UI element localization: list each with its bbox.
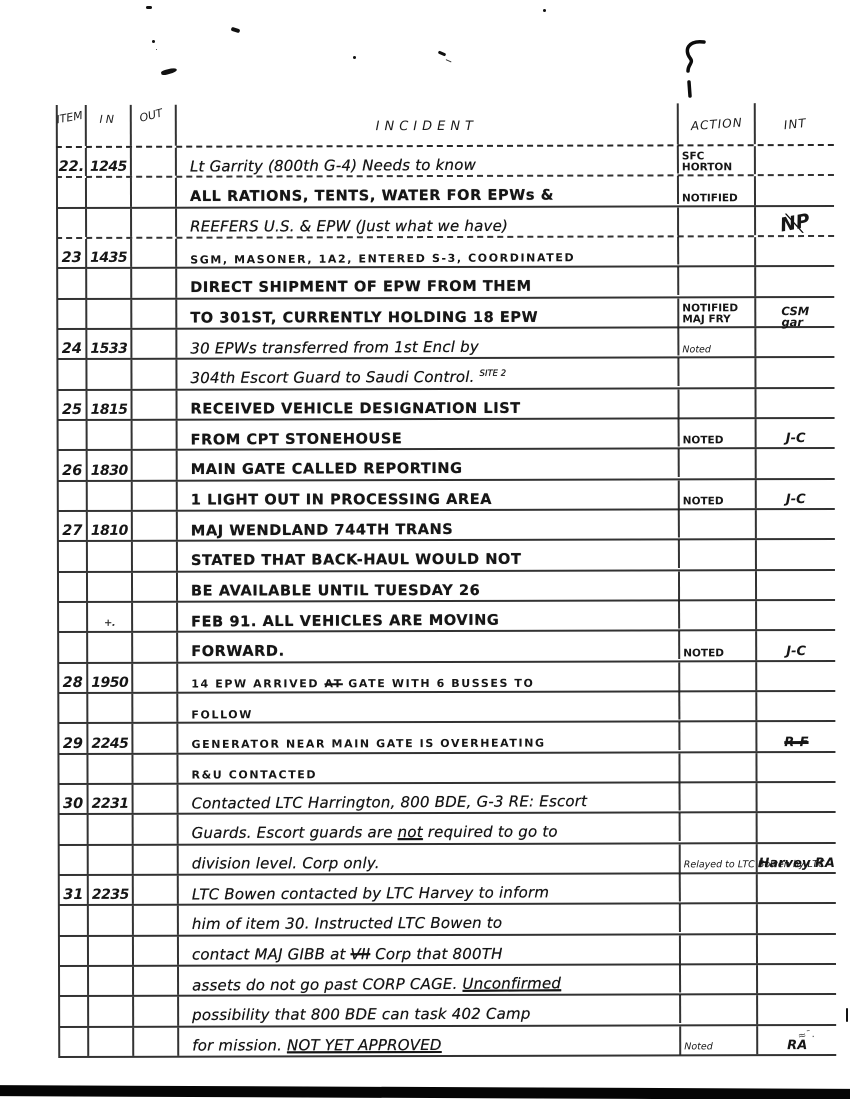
time-in: 2235 [89,876,134,904]
scanned-log-page: ≈ˉ․ ITEM IN OUT INCIDENT ACTION INT 22.1… [0,0,850,1099]
incident: ALL RATIONS, TENTS, WATER FOR EPWs & [177,176,679,206]
incident-text: R&U CONTACTED [191,768,317,781]
initials-text: Harvey RA [759,856,835,871]
staff-journal-table: ITEM IN OUT INCIDENT ACTION INT 22.1245L… [56,103,836,1058]
item-no: 24 [56,330,87,358]
time-in [87,178,132,206]
time-in-text: 2231 [92,796,129,812]
action [679,237,756,266]
time-out [133,603,178,631]
time-out [134,815,179,843]
action: NOTIFIED MAJ FRY [679,298,756,327]
incident-text: FROM CPT STONEHOUSE [191,431,403,448]
incident-text: MAIN GATE CALLED REPORTING [191,462,463,479]
incident-text: GENERATOR NEAR MAIN GATE IS OVERHEATING [191,737,545,751]
action: NOTED [680,419,757,448]
time-in [87,208,132,236]
log-line: 261830MAIN GATE CALLED REPORTING [57,449,835,481]
time-in-text: 2235 [92,887,129,903]
initials [756,267,834,296]
log-line: TO 301ST, CURRENTLY HOLDING 18 EPWNOTIFI… [56,298,834,330]
item-no [58,967,89,995]
incident: Lt Garrity (800th G-4) Needs to know [177,146,679,177]
initials-text: R-F [784,735,808,750]
time-out [133,512,178,540]
incident: R&U CONTACTED [178,753,680,782]
time-out [133,724,178,752]
initials [757,753,835,782]
time-in [88,572,133,600]
action-text: Noted [684,1043,713,1054]
time-in [89,997,134,1025]
initials [756,146,834,175]
action [679,207,756,236]
item-no [57,542,88,570]
initials: RA [758,1025,836,1054]
scan-artifact [161,67,178,76]
incident: FROM CPT STONEHOUSE [178,418,680,449]
initials [758,904,836,933]
incident: MAJ WENDLAND 744TH TRANS [178,509,680,540]
action: NOTED [680,480,757,509]
log-line: 231435SGM, MASONER, 1A2, ENTERED S-3, CO… [56,237,834,269]
action-text: SFC HORTON [682,151,754,173]
scan-artifact [353,56,356,59]
log-line: REEFERS U.S. & EPW (Just what we have)NP [56,207,834,239]
incident-text: MAJ WENDLAND 744TH TRANS [191,522,454,540]
time-in-text: 1435 [90,250,127,266]
initials [758,813,836,842]
time-out [133,481,178,509]
item-no-text: 23 [62,250,82,266]
column-header-incident: INCIDENT [376,119,478,134]
incident-text: 30 EPWs transferred from 1st Encl by [190,338,479,358]
time-in: 1815 [88,390,133,418]
log-line: 22.1245Lt Garrity (800th G-4) Needs to k… [56,146,834,178]
initials-text: J-C [786,644,806,659]
time-in: 1533 [87,330,132,358]
initials: R-F [757,722,835,751]
scan-artifact [846,1008,848,1022]
log-line: Guards. Escort guards are not required t… [58,813,836,845]
time-in [88,481,133,509]
time-out [133,633,178,661]
time-out [133,694,178,722]
incident-text: LTC Bowen contacted by LTC Harvey to inf… [192,884,549,904]
item-no-text: 28 [63,675,83,691]
action-text: NOTIFIED [682,193,738,204]
action [679,267,756,296]
log-line: division level. Corp only.Relayed to LTC… [58,844,836,876]
time-in [87,299,132,327]
time-in [87,360,132,388]
incident-text: Lt Garrity (800th G-4) Needs to know [190,156,476,176]
item-no: 28 [57,664,88,692]
time-in-text: 1810 [91,523,128,539]
incident: FOLLOW [178,691,680,722]
incident: for mission. NOT YET APPROVED [179,1026,681,1055]
log-line: 312235LTC Bowen contacted by LTC Harvey … [58,874,836,906]
item-no: 22. [56,148,87,176]
initials: J-C [757,419,835,448]
time-in-text: 2245 [91,735,128,751]
log-line: STATED THAT BACK-HAUL WOULD NOT [57,540,835,572]
incident: REEFERS U.S. & EPW (Just what we have) [177,207,679,236]
action: Noted [679,328,756,357]
incident: DIRECT SHIPMENT OF EPW FROM THEM [177,267,679,297]
action-text: NOTED [683,496,724,507]
time-out [133,754,178,782]
time-out [132,269,177,297]
column-header-time-in: IN [100,113,118,126]
action-text: NOTIFIED MAJ FRY [682,303,754,325]
log-line: ALL RATIONS, TENTS, WATER FOR EPWs &NOTI… [56,176,834,208]
log-line: contact MAJ GIBB at VII Corp that 800TH [58,935,836,967]
incident: Contacted LTC Harrington, 800 BDE, G-3 R… [178,782,680,813]
initials [757,571,835,600]
initials [757,601,835,630]
incident: 304th Escort Guard to Saudi Control. SIT… [177,358,679,388]
incident: GENERATOR NEAR MAIN GATE IS OVERHEATING [178,722,680,752]
time-out [132,360,177,388]
incident-text: RECEIVED VEHICLE DESIGNATION LIST [191,401,521,418]
incident-text: 14 EPW ARRIVED AT GATE WITH 6 BUSSES TO [191,677,534,691]
action [681,813,758,842]
time-in: 1950 [88,663,133,691]
time-out [132,148,177,176]
incident-text: SGM, MASONER, 1A2, ENTERED S-3, COORDINA… [190,251,575,266]
action-text: Noted [682,345,711,356]
time-out [133,572,178,600]
incident: TO 301ST, CURRENTLY HOLDING 18 EPW [177,298,679,327]
item-no [58,1027,89,1055]
log-line: 251815RECEIVED VEHICLE DESIGNATION LIST [57,389,835,421]
time-out [132,208,177,236]
initials: J-C [757,480,835,509]
action [680,449,757,478]
time-out [134,785,179,813]
initials [757,510,835,539]
initials: CSM gar [756,298,834,327]
action [680,722,757,751]
incident-text: him of item 30. Instructed LTC Bowen to [192,914,502,933]
action [680,601,757,630]
action: SFC HORTON [679,146,756,175]
incident: Guards. Escort guards are not required t… [179,813,681,843]
incident-text: possibility that 800 BDE can task 402 Ca… [192,1005,530,1024]
column-header-action: ACTION [690,115,743,133]
item-no: 31 [58,876,89,904]
item-no-text: 24 [62,341,82,357]
initials: NP [756,207,834,236]
time-out [132,239,177,267]
incident-text: REEFERS U.S. & EPW (Just what we have) [190,217,508,236]
action: Noted [681,1026,758,1055]
item-no: 27 [57,512,88,540]
log-line: DIRECT SHIPMENT OF EPW FROM THEM [56,267,834,299]
incident: assets do not go past CORP CAGE. Unconfi… [179,964,681,995]
incident-text: STATED THAT BACK-HAUL WOULD NOT [191,552,522,569]
initials [757,692,835,721]
item-no [57,694,88,722]
initials [756,237,834,266]
incident-text: FOLLOW [191,708,253,721]
time-out [133,542,178,570]
incident-text: TO 301ST, CURRENTLY HOLDING 18 EPW [190,310,538,327]
action [680,662,757,691]
incident: SGM, MASONER, 1A2, ENTERED S-3, COORDINA… [177,236,679,267]
log-line: FORWARD.NOTEDJ-C [57,631,835,663]
item-no: 29 [57,724,88,752]
log-line: FOLLOW [57,692,835,724]
incident-text: assets do not go past CORP CAGE. Unconfi… [192,974,561,994]
item-no [58,936,89,964]
scan-artifact [438,51,447,57]
log-line: R&U CONTACTED [57,753,835,785]
time-in-text: 1830 [91,462,128,478]
item-no [56,178,87,206]
time-out [134,936,179,964]
column-header-initials: INT [783,115,807,131]
action [681,783,758,812]
time-in [88,754,133,782]
initials: Harvey RA [758,844,836,873]
time-out [132,299,177,327]
log-line: 302231Contacted LTC Harrington, 800 BDE,… [58,783,836,815]
action-text: NOTED [683,436,724,447]
initials [757,662,835,691]
initials-text: RA [787,1038,807,1053]
item-no [57,421,88,449]
initials [757,540,835,569]
action [681,874,758,903]
incident: him of item 30. Instructed LTC Bowen to [179,904,681,934]
initials [758,965,836,994]
incident: 30 EPWs transferred from 1st Encl by [177,327,679,358]
time-out [134,997,179,1025]
initials [758,935,836,964]
time-in [88,694,133,722]
action [680,510,757,539]
incident: FORWARD. [178,631,680,661]
action [681,965,758,994]
action: NOTED [680,631,757,660]
incident-text: BE AVAILABLE UNTIL TUESDAY 26 [191,583,480,600]
item-no [56,269,87,297]
action: NOTIFIED [679,177,756,206]
item-no [58,845,89,873]
initials [758,995,836,1024]
scan-artifact [152,40,155,43]
log-line: 28195014 EPW ARRIVED AT GATE WITH 6 BUSS… [57,662,835,694]
action [680,753,757,782]
item-no-text: 22. [59,159,85,175]
item-no-text: 30 [63,796,83,812]
log-entries: 22.1245Lt Garrity (800th G-4) Needs to k… [56,146,836,1058]
log-line: 24153330 EPWs transferred from 1st Encl … [56,328,834,360]
time-out [134,906,179,934]
initials [756,328,834,357]
time-out [133,421,178,449]
initials [758,783,836,812]
incident-text: for mission. NOT YET APPROVED [192,1036,441,1054]
initials [757,449,835,478]
item-no [56,300,87,328]
incident: LTC Bowen contacted by LTC Harvey to inf… [179,873,681,904]
action [681,935,758,964]
incident-text: Guards. Escort guards are not required t… [192,823,558,842]
time-in [87,269,132,297]
item-no [57,603,88,631]
time-in: 2231 [89,785,134,813]
time-in: 1245 [87,148,132,176]
item-no: 26 [57,451,88,479]
item-no [57,482,88,510]
incident-text: Contacted LTC Harrington, 800 BDE, G-3 R… [192,792,588,812]
item-no [57,573,88,601]
time-out [133,390,178,418]
action [680,540,757,569]
incident: division level. Corp only. [179,844,681,873]
scan-artifact [231,27,241,34]
incident: 1 LIGHT OUT IN PROCESSING AREA [178,480,680,509]
time-in [88,421,133,449]
incident-text: 1 LIGHT OUT IN PROCESSING AREA [191,492,492,509]
incident-text: DIRECT SHIPMENT OF EPW FROM THEM [190,279,531,296]
time-in: +. [88,603,133,631]
action [679,358,756,387]
initials-text: CSM gar [781,306,809,329]
action: Relayed to LTC Bowen by LTC [681,844,758,873]
incident: MAIN GATE CALLED REPORTING [178,449,680,479]
time-out [134,1027,179,1055]
log-line: possibility that 800 BDE can task 402 Ca… [58,995,836,1027]
incident: possibility that 800 BDE can task 402 Ca… [179,995,681,1025]
item-no: 30 [58,785,89,813]
time-in-text: 1815 [91,402,128,418]
item-no-text: 31 [63,887,83,903]
time-out [134,967,179,995]
item-no: 25 [57,391,88,419]
time-in-text: 1533 [90,341,127,357]
log-line: BE AVAILABLE UNTIL TUESDAY 26 [57,571,835,603]
item-no-text: 25 [62,402,82,418]
action [681,995,758,1024]
initials [758,874,836,903]
time-in [89,967,134,995]
item-no-text: 27 [62,523,82,539]
time-in [88,542,133,570]
item-no [57,633,88,661]
initials-text: J-C [786,492,806,507]
time-out [133,663,178,691]
time-in [89,906,134,934]
initials [756,176,834,205]
item-no [58,997,89,1025]
item-no-text: 26 [62,463,82,479]
column-header-time-out: OUT [138,106,164,124]
initials-text: J-C [786,431,806,446]
time-in [89,936,134,964]
initials: J-C [757,631,835,660]
time-in: 1435 [87,239,132,267]
log-line: him of item 30. Instructed LTC Bowen to [58,904,836,936]
item-no [58,815,89,843]
action [679,389,756,418]
time-in [88,633,133,661]
incident: RECEIVED VEHICLE DESIGNATION LIST [178,389,680,418]
time-in-text: 1245 [90,159,127,175]
time-in: 1810 [88,512,133,540]
scan-artifact-bottom-bar [0,1085,850,1099]
action [680,571,757,600]
incident: BE AVAILABLE UNTIL TUESDAY 26 [178,571,680,600]
incident-text: ALL RATIONS, TENTS, WATER FOR EPWs & [190,188,554,205]
log-line: 271810MAJ WENDLAND 744TH TRANS [57,510,835,542]
incident-text: 304th Escort Guard to Saudi Control. SIT… [190,368,506,387]
item-no-text: 29 [63,736,83,752]
log-line: 304th Escort Guard to Saudi Control. SIT… [56,358,834,390]
time-in [89,1027,134,1055]
item-no [56,360,87,388]
incident: contact MAJ GIBB at VII Corp that 800TH [179,935,681,964]
time-in [89,815,134,843]
item-no [56,209,87,237]
item-no: 23 [56,239,87,267]
item-no [58,906,89,934]
log-line: for mission. NOT YET APPROVEDNotedRA [58,1025,836,1057]
action-text: NOTED [683,648,724,659]
time-in: 2245 [88,724,133,752]
scan-artifact [543,9,546,12]
incident-text: contact MAJ GIBB at VII Corp that 800TH [192,945,503,964]
initials-text: NP [778,210,811,237]
time-in-text: 1950 [91,675,128,691]
time-out [134,876,179,904]
incident-text: FEB 91. ALL VEHICLES ARE MOVING [191,613,499,631]
item-no [57,754,88,782]
log-line: 1 LIGHT OUT IN PROCESSING AREANOTEDJ-C [57,480,835,512]
time-in: 1830 [88,451,133,479]
time-out [134,845,179,873]
action [681,904,758,933]
column-header-item: ITEM [56,109,84,126]
scan-artifact [146,6,152,9]
incident: STATED THAT BACK-HAUL WOULD NOT [178,540,680,570]
log-line: FROM CPT STONEHOUSENOTEDJ-C [57,419,835,451]
incident: 14 EPW ARRIVED AT GATE WITH 6 BUSSES TO [178,662,680,691]
time-out [132,178,177,206]
time-out [132,330,177,358]
action [680,692,757,721]
initials [756,358,834,387]
table-header-row: ITEM IN OUT INCIDENT ACTION INT [56,103,834,148]
time-in [89,845,134,873]
log-line: assets do not go past CORP CAGE. Unconfi… [58,965,836,997]
log-line: 292245GENERATOR NEAR MAIN GATE IS OVERHE… [57,722,835,754]
incident-text: FORWARD. [191,644,285,660]
incident: FEB 91. ALL VEHICLES ARE MOVING [178,600,680,631]
log-line: +.FEB 91. ALL VEHICLES ARE MOVING [57,601,835,633]
initials [756,389,834,418]
time-out [133,451,178,479]
incident-text: division level. Corp only. [192,854,380,872]
time-in-text: +. [104,614,115,630]
